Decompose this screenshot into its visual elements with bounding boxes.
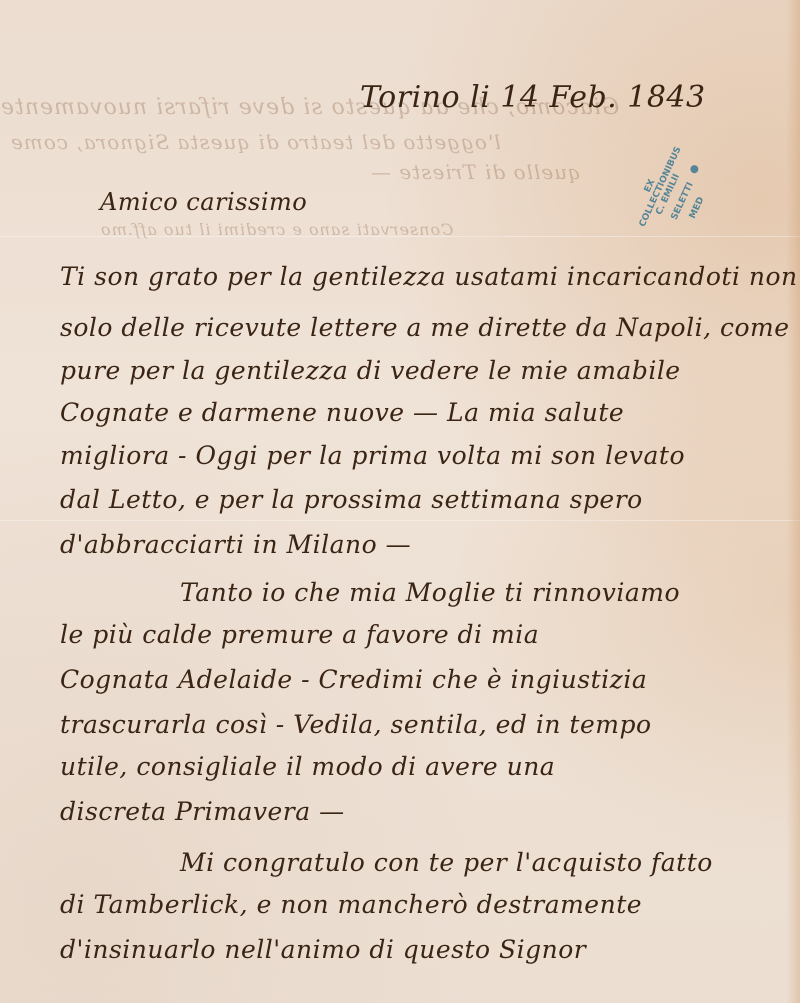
letter-line: di Tamberlick, e non mancherò destrament…	[60, 890, 642, 919]
letter-page: Giacomo, che da questo si deve rifarsi n…	[0, 0, 800, 1003]
letter-salutation: Amico carissimo	[100, 188, 307, 216]
collection-stamp: EX COLLECTIONIBUS C. EMILII SELETTI MED	[627, 147, 733, 253]
letter-line: le più calde premure a favore di mia	[60, 620, 539, 649]
letter-line: Tanto io che mia Moglie ti rinnoviamo	[180, 578, 680, 607]
letter-line: Ti son grato per la gentilezza usatami i…	[60, 262, 798, 291]
bleed-through-text: Conservati sano e credimi il tuo aff.mo	[100, 220, 453, 239]
letter-line: discreta Primavera —	[60, 797, 345, 826]
letter-line: Cognata Adelaide - Credimi che è ingiust…	[60, 665, 647, 694]
letter-line: migliora - Oggi per la prima volta mi so…	[60, 441, 685, 470]
letter-line: Mi congratulo con te per l'acquisto fatt…	[180, 848, 713, 877]
letter-dateline: Torino li 14 Feb. 1843	[360, 80, 706, 115]
letter-line: d'insinuarlo nell'animo di questo Signor	[60, 935, 586, 964]
letter-line: solo delle ricevute lettere a me dirette…	[60, 313, 790, 342]
letter-line: dal Letto, e per la prossima settimana s…	[60, 485, 643, 514]
letter-line: utile, consigliale il modo di avere una	[60, 752, 555, 781]
letter-line: Cognate e darmene nuove — La mia salute	[60, 398, 624, 427]
letter-line: d'abbracciarti in Milano —	[60, 530, 411, 559]
bleed-through-text: quello di Trieste —	[370, 160, 581, 184]
paper-fold-line	[0, 520, 800, 521]
paper-edge-foxing	[786, 0, 800, 1003]
letter-line: pure per la gentilezza di vedere le mie …	[60, 356, 681, 385]
letter-line: trascurarla così - Vedila, sentila, ed i…	[60, 710, 652, 739]
bleed-through-text: l'oggetto del teatro di questa Signora, …	[10, 130, 501, 154]
